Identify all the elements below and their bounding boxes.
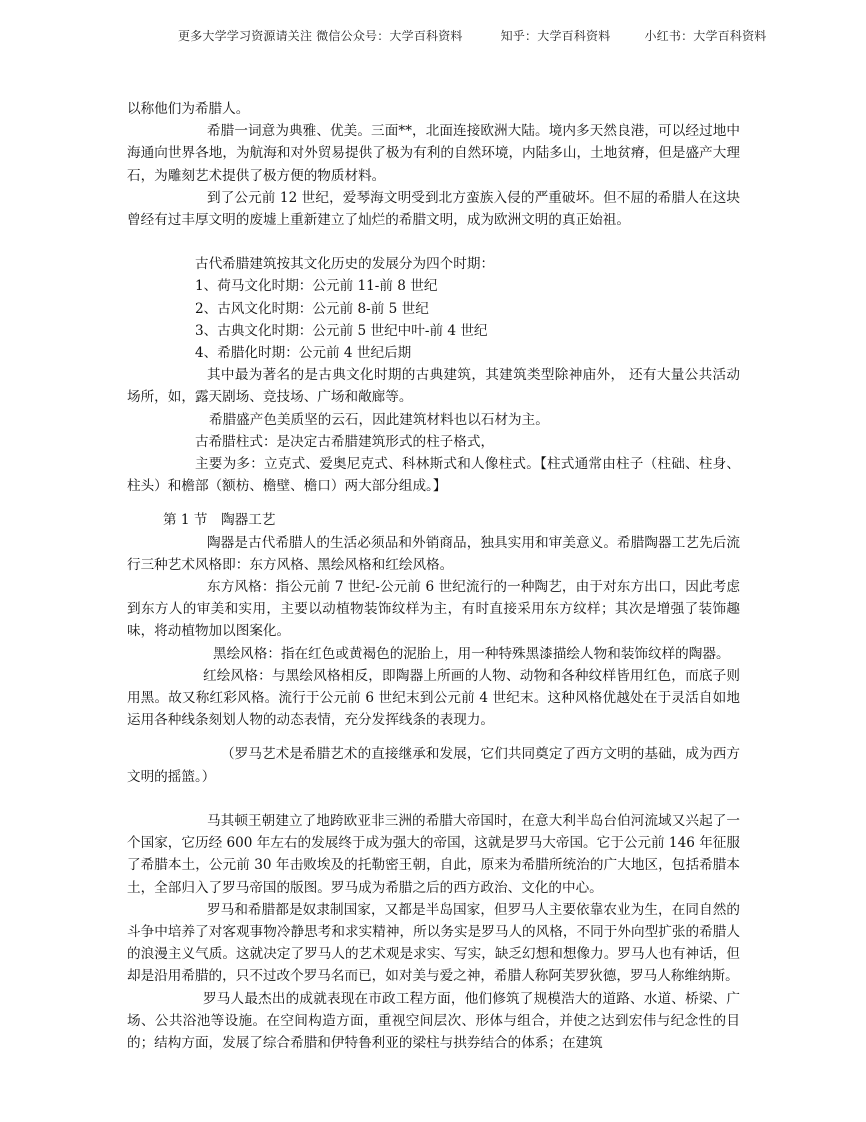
spacer [127, 731, 740, 743]
paragraph: 古希腊柱式：是决定古希腊建筑形式的柱子格式， [127, 431, 740, 453]
paragraph: 东方风格：指公元前 7 世纪-公元前 6 世纪流行的一种陶艺，由于对东方出口，因… [127, 576, 740, 643]
spacer [127, 231, 740, 253]
paragraph: 罗马人最杰出的成就表现在市政工程方面，他们修筑了规模浩大的道路、水道、桥梁、广场… [127, 988, 740, 1055]
period-item: 1、荷马文化时期：公元前 11-前 8 世纪 [127, 275, 740, 297]
paragraph: 到了公元前 12 世纪，爱琴海文明受到北方蛮族入侵的严重破坏。但不屈的希腊人在这… [127, 187, 740, 231]
page-header: 更多大学学习资源请关注 微信公众号：大学百科资料 知乎：大学百科资料 小红书：大… [178, 27, 766, 44]
header-wechat-text: 更多大学学习资源请关注 微信公众号：大学百科资料 [178, 27, 463, 44]
paragraph: 希腊盛产色美质坚的云石，因此建筑材料也以石材为主。 [127, 409, 740, 431]
header-zhihu-text: 知乎：大学百科资料 [501, 27, 611, 44]
paragraph: 黑绘风格：指在红色或黄褐色的泥胎上，用一种特殊黑漆描绘人物和装饰纹样的陶器。 [127, 643, 740, 665]
paragraph: 希腊一词意为典雅、优美。三面**，北面连接欧洲大陆。境内多天然良港，可以经过地中… [127, 120, 740, 187]
periods-intro: 古代希腊建筑按其文化历史的发展分为四个时期： [127, 253, 740, 275]
paragraph: 以称他们为希腊人。 [127, 98, 740, 120]
paragraph: 其中最为著名的是古典文化时期的古典建筑，其建筑类型除神庙外， 还有大量公共活动场… [127, 364, 740, 408]
paragraph: 红绘风格：与黑绘风格相反，即陶器上所画的人物、动物和各种纹样皆用红色，而底子则用… [127, 665, 740, 732]
spacer [127, 788, 740, 810]
period-item: 4、希腊化时期：公元前 4 世纪后期 [127, 342, 740, 364]
section-title: 第 1 节 陶器工艺 [127, 509, 740, 531]
paragraph: 陶器是古代希腊人的生活必须品和外销商品，独具实用和审美意义。希腊陶器工艺先后流行… [127, 532, 740, 576]
paragraph: 马其顿王朝建立了地跨欧亚非三洲的希腊大帝国时，在意大利半岛台伯河流域又兴起了一个… [127, 810, 740, 899]
period-item: 3、古典文化时期：公元前 5 世纪中叶-前 4 世纪 [127, 320, 740, 342]
document-body: 以称他们为希腊人。 希腊一词意为典雅、优美。三面**，北面连接欧洲大陆。境内多天… [127, 98, 740, 1054]
period-item: 2、古风文化时期：公元前 8-前 5 世纪 [127, 298, 740, 320]
paragraph: 主要为多：立克式、爱奥尼克式、科林斯式和人像柱式。【柱式通常由柱子（柱础、柱身、… [127, 453, 740, 497]
spacer [127, 497, 740, 509]
header-xiaohongshu-text: 小红书：大学百科资料 [644, 27, 766, 44]
paragraph: 罗马和希腊都是奴隶制国家，又都是半岛国家，但罗马人主要依靠农业为生，在同自然的斗… [127, 899, 740, 988]
paragraph: （罗马艺术是希腊艺术的直接继承和发展，它们共同奠定了西方文明的基础，成为西方文明… [127, 743, 740, 787]
